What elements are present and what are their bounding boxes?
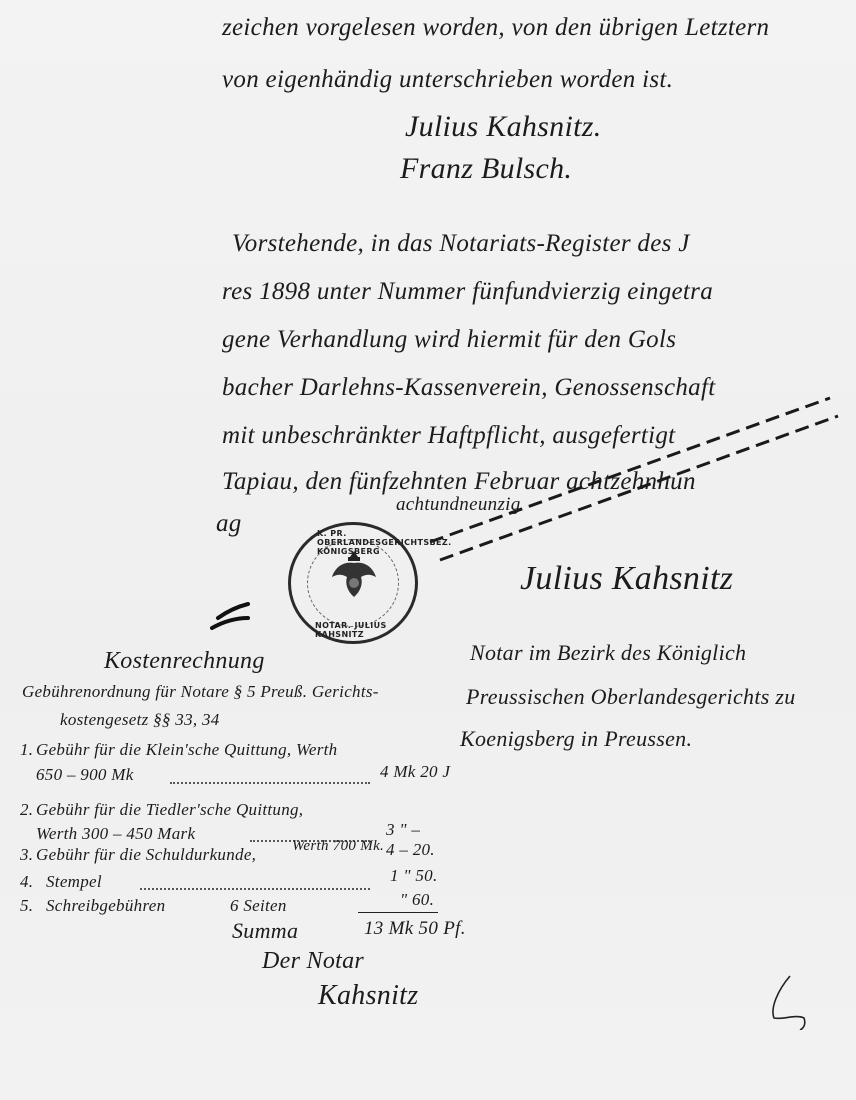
cost-item-text2: Werth 300 – 450 Mark [36, 824, 195, 844]
total-amount: 13 Mk 50 Pf. [364, 918, 466, 940]
notarial-line-3: gene Verhandlung wird hiermit für den Go… [222, 326, 676, 354]
cost-item-text: Schreibgebühren [46, 896, 165, 916]
continuation-line-1: zeichen vorgelesen worden, von den übrig… [222, 14, 769, 42]
total-label: Summa [232, 918, 298, 944]
cost-item-text2: Werth 700 Mk. [292, 838, 384, 855]
margin-mark-icon [760, 970, 820, 1030]
signatory-2: Franz Bulsch. [400, 152, 572, 186]
cost-item-num: 3. [20, 845, 33, 865]
cost-item-text: Stempel [46, 872, 102, 892]
notarial-line-1: Vorstehende, in das Notariats-Register d… [232, 230, 690, 258]
notary-seal: K. PR. OBERLANDESGERICHTSBEZ. KÖNIGSBERG… [288, 522, 418, 644]
cost-item-text: Gebühr für die Schuldurkunde, [36, 845, 256, 865]
cost-item-amount: " 60. [400, 890, 434, 910]
notarial-line-2: res 1898 unter Nummer fünfundvierzig ein… [222, 278, 713, 306]
notary-title-line-3: Koenigsberg in Preussen. [460, 726, 692, 752]
notarial-line-7: ag [216, 510, 242, 538]
notary-signature: Julius Kahsnitz [520, 560, 733, 598]
cost-item-amount: 4 Mk 20 J [380, 762, 450, 782]
notary-title-line-2: Preussischen Oberlandesgerichts zu [466, 684, 796, 710]
cost-item-num: 2. [20, 800, 33, 820]
notarial-line-5: mit unbeschränkter Haftpflicht, ausgefer… [222, 422, 675, 450]
cost-item-amount: 3 " – [386, 820, 420, 840]
notarial-line-6: Tapiau, den fünfzehnten Februar achtzehn… [222, 468, 696, 496]
cost-item-text2: 6 Seiten [230, 896, 287, 916]
notarial-line-4: bacher Darlehns-Kassenverein, Genossensc… [222, 374, 715, 402]
cost-title: Kostenrechnung [104, 648, 265, 675]
cost-item-text: Gebühr für die Klein'sche Quittung, Wert… [36, 740, 337, 760]
leader-dots [140, 888, 370, 890]
seal-text-bottom: NOTAR. JULIUS KAHSNITZ [315, 621, 415, 639]
cost-item-text: Gebühr für die Tiedler'sche Quittung, [36, 800, 303, 820]
continuation-line-2: von eigenhändig unterschrieben worden is… [222, 66, 673, 94]
cost-item-amount: 1 " 50. [390, 866, 438, 886]
cost-item-num: 1. [20, 740, 33, 760]
cost-basis-line-1: Gebührenordnung für Notare § 5 Preuß. Ge… [22, 682, 379, 702]
cost-basis-line-2: kostengesetz §§ 33, 34 [60, 710, 220, 730]
cost-item-amount: 4 – 20. [386, 840, 435, 860]
closing-signature: Kahsnitz [318, 980, 418, 1012]
seal-text-top: K. PR. OBERLANDESGERICHTSBEZ. KÖNIGSBERG [317, 529, 452, 556]
cost-item-num: 5. [20, 896, 33, 916]
leader-dots [170, 782, 370, 784]
notary-title-line-1: Notar im Bezirk des Königlich [470, 640, 746, 666]
notarial-line-8: achtundneunzig [396, 494, 521, 516]
signatory-1: Julius Kahsnitz. [405, 110, 602, 144]
cost-item-text2: 650 – 900 Mk [36, 765, 134, 785]
total-rule [358, 912, 438, 913]
closing-label: Der Notar [262, 948, 364, 975]
cost-item-num: 4. [20, 872, 33, 892]
document-page: zeichen vorgelesen worden, von den übrig… [0, 0, 856, 1100]
